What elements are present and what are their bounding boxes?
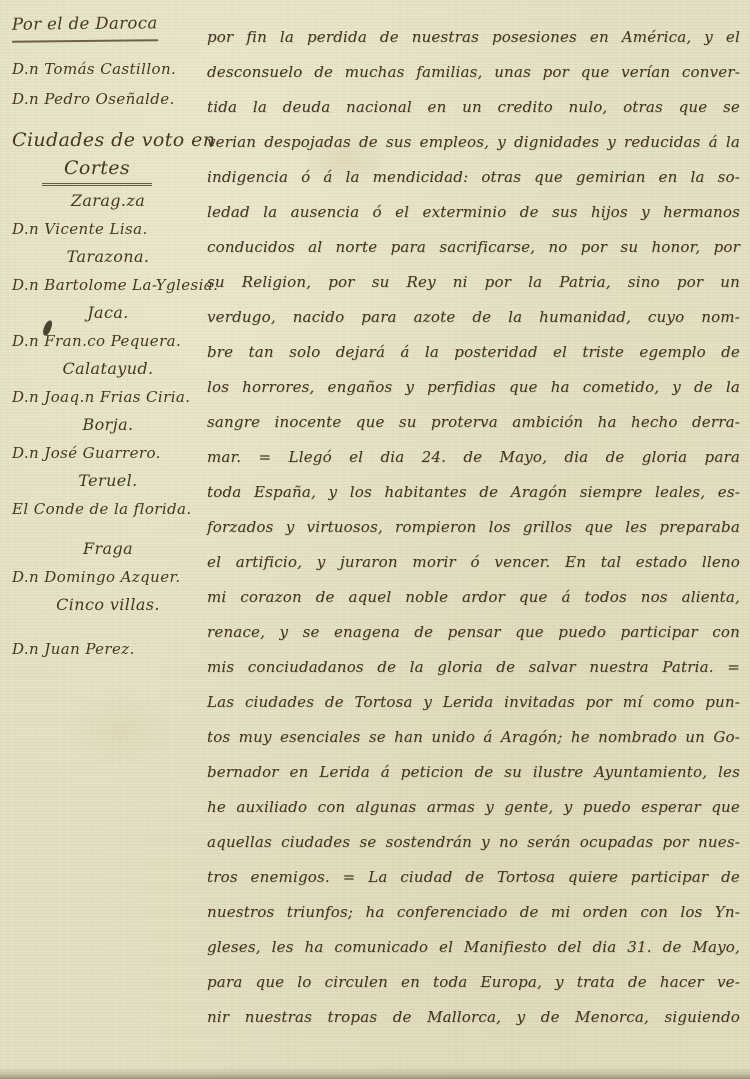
manuscript-line: renace, y se enagena de pensar que puedo…	[207, 615, 740, 650]
manuscript-line: Las ciudades de Tortosa y Lerida invitad…	[207, 685, 740, 720]
margin-entry-place: Teruel.	[12, 468, 204, 494]
manuscript-line: mi corazon de aquel noble ardor que á to…	[207, 580, 740, 615]
manuscript-line: verdugo, nacido para azote de la humanid…	[207, 300, 740, 335]
margin-entry-place: Borja.	[12, 412, 204, 438]
margin-entry-name: D.n José Guarrero.	[12, 438, 204, 468]
manuscript-line: el artificio, y juraron morir ó vencer. …	[207, 545, 740, 580]
manuscript-line: forzados y virtuosos, rompieron los gril…	[207, 510, 740, 545]
manuscript-line: nuestros triunfos; ha conferenciado de m…	[207, 895, 740, 930]
manuscript-line: gleses, les ha comunicado el Manifiesto …	[207, 930, 740, 965]
margin-entry-name: D.n Pedro Oseñalde.	[12, 84, 204, 114]
manuscript-line: para que lo circulen en toda Europa, y t…	[207, 965, 740, 1000]
manuscript-line: he auxiliado con algunas armas y gente, …	[207, 790, 740, 825]
manuscript-page: Por el de DarocaD.n Tomás Castillon.D.n …	[0, 0, 750, 1079]
margin-entry-place: Zarag.za	[12, 188, 204, 214]
margin-entry-name: D.n Bartolome La-Yglesia.	[12, 270, 204, 300]
manuscript-line: tros enemigos. = La ciudad de Tortosa qu…	[207, 860, 740, 895]
manuscript-line: nir nuestras tropas de Mallorca, y de Me…	[207, 1000, 740, 1035]
manuscript-line: mar. = Llegó el dia 24. de Mayo, dia de …	[207, 440, 740, 475]
manuscript-line: desconsuelo de muchas familias, unas por…	[207, 55, 740, 90]
manuscript-line: sangre inocente que su proterva ambición…	[207, 405, 740, 440]
margin-entry-name: El Conde de la florida.	[12, 494, 204, 524]
margin-entry-name: D.n Vicente Lisa.	[12, 214, 204, 244]
manuscript-line: su Religion, por su Rey ni por la Patria…	[207, 265, 740, 300]
page-bottom-edge-shadow	[0, 1067, 750, 1079]
margin-entry-section-header: Por el de Daroca	[12, 9, 158, 43]
manuscript-line: aquellas ciudades se sostendrán y no ser…	[207, 825, 740, 860]
margin-entry-name: D.n Juan Perez.	[12, 634, 204, 664]
margin-entry-place: Cinco villas.	[12, 592, 204, 618]
margin-entry-big-header-underline: Cortes	[42, 154, 152, 186]
margin-entry-name: D.n Tomás Castillon.	[12, 54, 204, 84]
margin-entry-place: Fraga	[12, 536, 204, 562]
margin-entry-name: D.n Joaq.n Frias Ciria.	[12, 382, 204, 412]
manuscript-line: conducidos al norte para sacrificarse, n…	[207, 230, 740, 265]
margin-entry-place: Jaca.	[12, 300, 204, 326]
margin-entry-name: D.n Fran.co Pequera.	[12, 326, 204, 356]
manuscript-line: tos muy esenciales se han unido á Aragón…	[207, 720, 740, 755]
manuscript-line: los horrores, engaños y perfidias que ha…	[207, 370, 740, 405]
manuscript-line: indigencia ó á la mendicidad: otras que …	[207, 160, 740, 195]
manuscript-body: por fin la perdida de nuestras posesione…	[207, 20, 740, 1035]
margin-entry-name: D.n Domingo Azquer.	[12, 562, 204, 592]
margin-entry-place: Calatayud.	[12, 356, 204, 382]
manuscript-line: bre tan solo dejará á la posteridad el t…	[207, 335, 740, 370]
margin-entry-place: Tarazona.	[12, 244, 204, 270]
manuscript-line: verian despojadas de sus empleos, y dign…	[207, 125, 740, 160]
manuscript-line: bernador en Lerida á peticion de su ilus…	[207, 755, 740, 790]
margin-column: Por el de DarocaD.n Tomás Castillon.D.n …	[12, 10, 204, 664]
manuscript-line: toda España, y los habitantes de Aragón …	[207, 475, 740, 510]
manuscript-line: por fin la perdida de nuestras posesione…	[207, 20, 740, 55]
margin-entry-big-header: Ciudades de voto en	[12, 126, 204, 154]
paper-stain	[60, 690, 180, 770]
manuscript-line: ledad la ausencia ó el exterminio de sus…	[207, 195, 740, 230]
manuscript-line: tida la deuda nacional en un credito nul…	[207, 90, 740, 125]
manuscript-line: mis conciudadanos de la gloria de salvar…	[207, 650, 740, 685]
